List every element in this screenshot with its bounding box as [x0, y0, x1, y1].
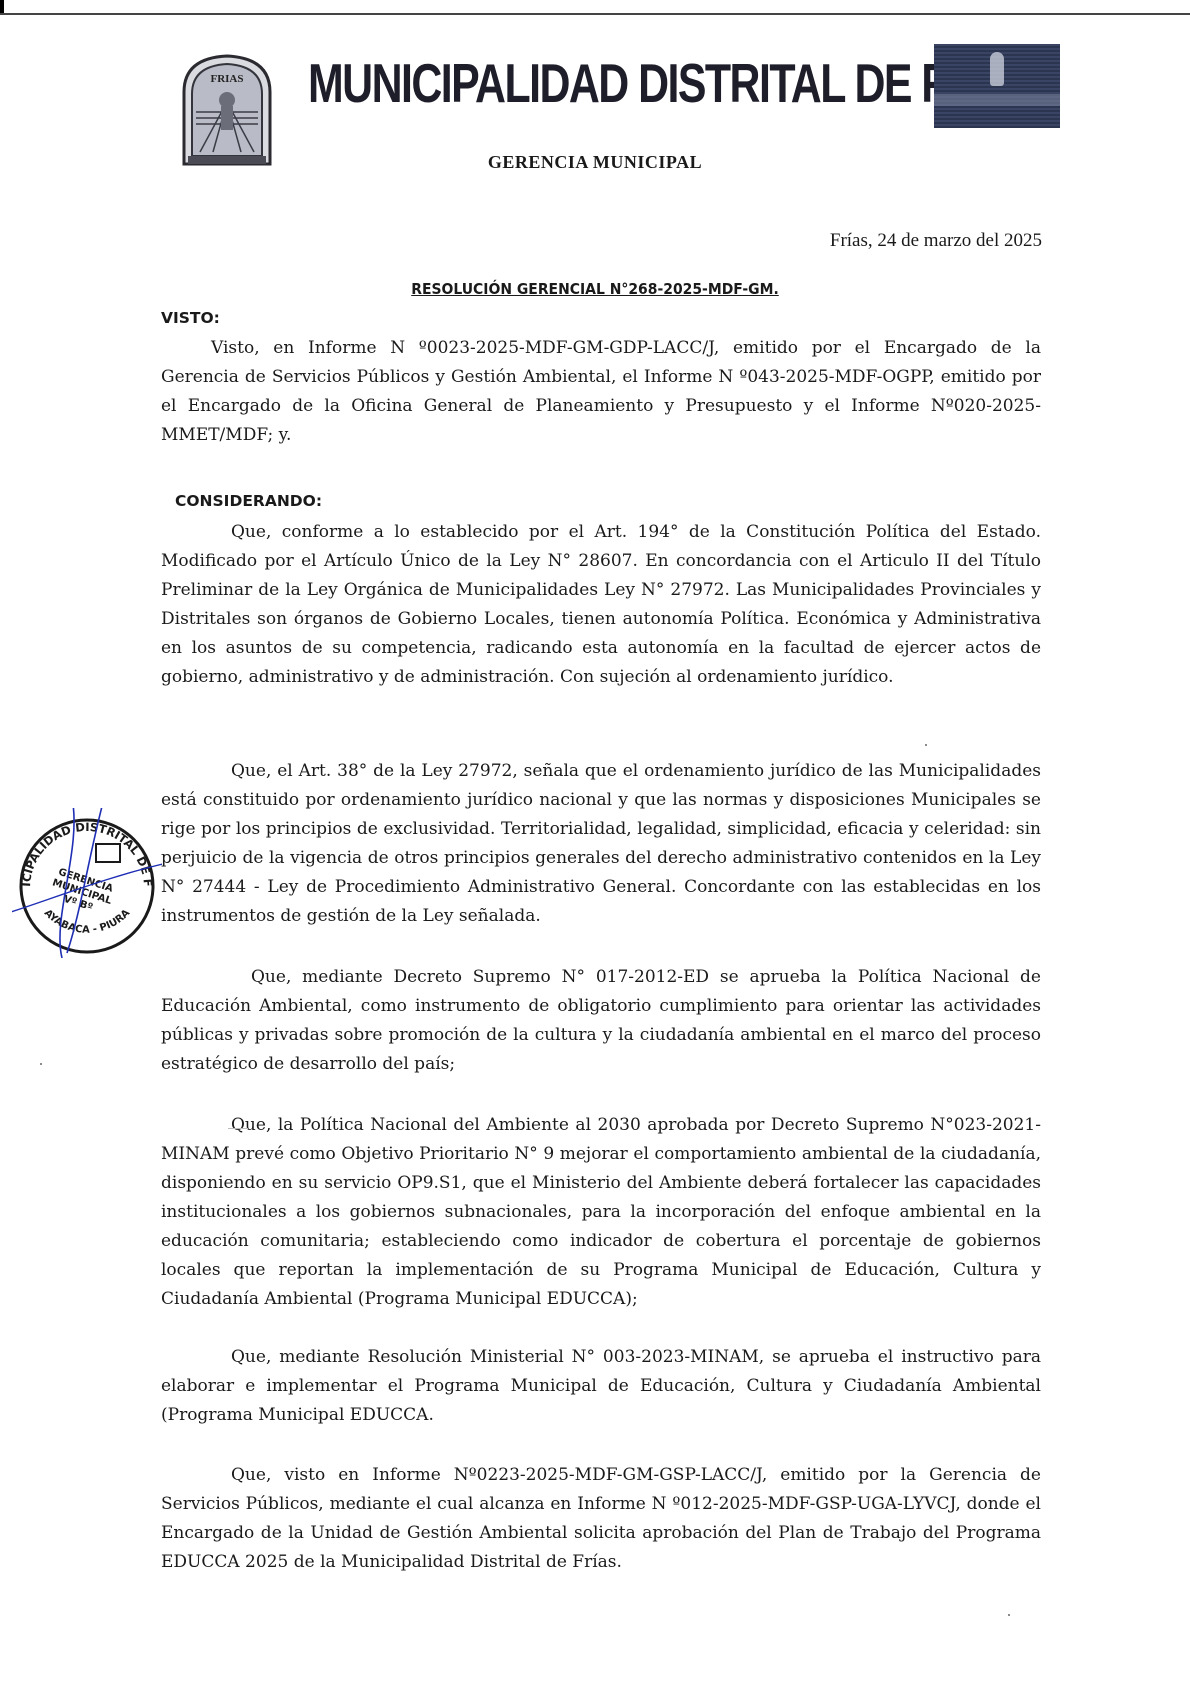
- paragraph-text: Que, visto en Informe Nº0223-2025-MDF-GM…: [161, 1461, 1041, 1577]
- scan-artifact: [228, 1128, 248, 1129]
- svg-text:FRIAS: FRIAS: [210, 73, 243, 85]
- considerando-paragraph-4: Que, la Política Nacional del Ambiente a…: [161, 1111, 1041, 1314]
- scan-top-border: [0, 13, 1190, 15]
- department-name: GERENCIA MUNICIPAL: [0, 152, 1190, 173]
- scan-artifact: [1008, 1614, 1010, 1616]
- statue-figure: [990, 52, 1004, 86]
- photo-ground-band: [934, 94, 1060, 106]
- visto-paragraph: Visto, en Informe N º0023-2025-MDF-GM-GD…: [161, 334, 1041, 450]
- considerando-paragraph-2: Que, el Art. 38° de la Ley 27972, señala…: [161, 757, 1041, 931]
- paragraph-text: Que, conforme a lo establecido por el Ar…: [161, 518, 1041, 692]
- paragraph-text: Que, el Art. 38° de la Ley 27972, señala…: [161, 757, 1041, 931]
- scan-edge-mark: [0, 0, 4, 14]
- considerando-heading: CONSIDERANDO:: [175, 492, 322, 510]
- scan-artifact: [925, 744, 927, 746]
- official-seal-stamp: MUNICIPALIDAD DISTRITAL DE FRIAS AYABACA…: [12, 808, 162, 958]
- visto-text: Visto, en Informe N º0023-2025-MDF-GM-GD…: [161, 334, 1041, 450]
- resolution-title: RESOLUCIÓN GERENCIAL N°268-2025-MDF-GM.: [0, 280, 1190, 298]
- considerando-paragraph-3: Que, mediante Decreto Supremo N° 017-201…: [161, 963, 1041, 1079]
- considerando-paragraph-1: Que, conforme a lo establecido por el Ar…: [161, 518, 1041, 692]
- document-date: Frías, 24 de marzo del 2025: [830, 230, 1042, 252]
- scan-artifact: [40, 1063, 42, 1065]
- paragraph-text: Que, mediante Resolución Ministerial N° …: [161, 1343, 1041, 1430]
- considerando-paragraph-5: Que, mediante Resolución Ministerial N° …: [161, 1343, 1041, 1430]
- paragraph-text: Que, la Política Nacional del Ambiente a…: [161, 1111, 1041, 1314]
- considerando-paragraph-6: Que, visto en Informe Nº0223-2025-MDF-GM…: [161, 1461, 1041, 1577]
- visto-heading: VISTO:: [161, 309, 220, 327]
- paragraph-text: Que, mediante Decreto Supremo N° 017-201…: [161, 963, 1041, 1079]
- institution-name: MUNICIPALIDAD DISTRITAL DE FRIAS: [308, 52, 776, 114]
- statue-photo-icon: [934, 44, 1060, 128]
